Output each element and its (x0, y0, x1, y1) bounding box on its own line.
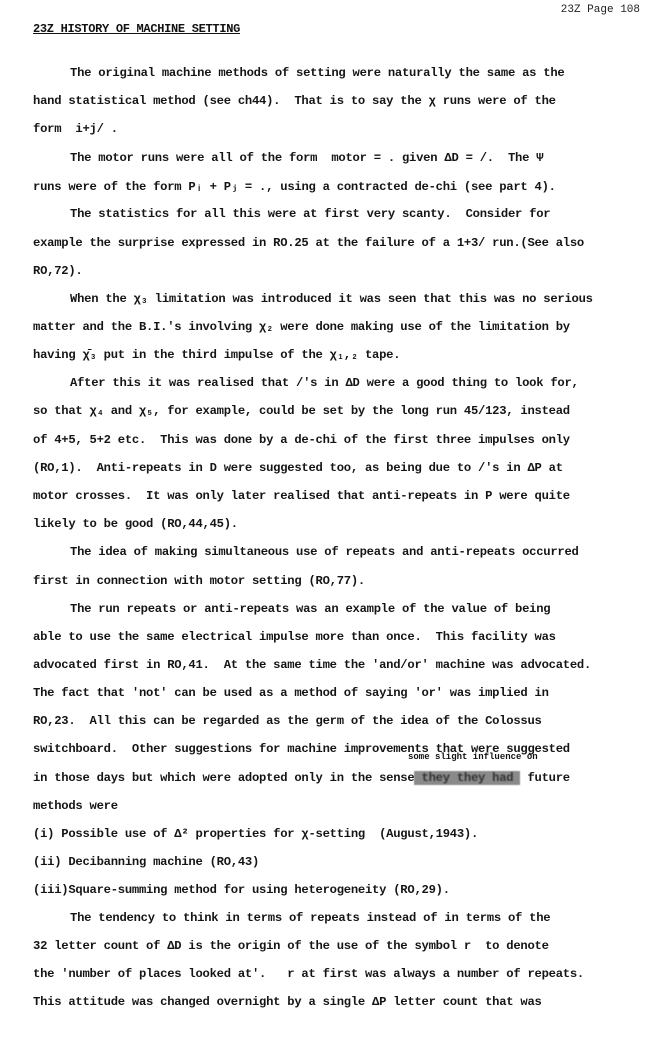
text-line: When the χ₃ limitation was introduced it… (70, 292, 593, 306)
text-line: The fact that 'not' can be used as a met… (33, 686, 549, 700)
text-line: in those days but which were adopted onl… (33, 771, 570, 785)
line-text: The tendency to think in terms of repeat… (70, 911, 550, 925)
line-text: runs were of the form Pᵢ + Pⱼ = ., using… (33, 180, 556, 194)
text-line: so that χ₄ and χ₅, for example, could be… (33, 404, 570, 418)
text-line: (ii) Decibanning machine (RO,43) (33, 855, 259, 869)
text-line: of 4+5, 5+2 etc. This was done by a de-c… (33, 433, 570, 447)
text-line: The statistics for all this were at firs… (70, 207, 550, 221)
text-line: motor crosses. It was only later realise… (33, 489, 570, 503)
line-text: form i+j/ . (33, 122, 118, 136)
text-line: example the surprise expressed in RO.25 … (33, 236, 584, 250)
line-text: RO,23. All this can be regarded as the g… (33, 714, 542, 728)
struck-out-text: they they had (414, 771, 520, 785)
line-text: The motor runs were all of the form moto… (70, 151, 543, 165)
text-line: first in connection with motor setting (… (33, 574, 365, 588)
line-text: When the χ₃ limitation was introduced it… (70, 292, 593, 306)
line-text: of 4+5, 5+2 etc. This was done by a de-c… (33, 433, 570, 447)
line-text: in those days but which were adopted onl… (33, 771, 414, 785)
line-text: (ii) Decibanning machine (RO,43) (33, 855, 259, 869)
text-line: The run repeats or anti-repeats was an e… (70, 602, 550, 616)
line-text-after: future (520, 771, 569, 785)
line-text: motor crosses. It was only later realise… (33, 489, 570, 503)
text-line: methods were (33, 799, 118, 813)
text-line: form i+j/ . (33, 122, 118, 136)
text-line: matter and the B.I.'s involving χ₂ were … (33, 320, 570, 334)
line-text: This attitude was changed overnight by a… (33, 995, 542, 1009)
line-text: able to use the same electrical impulse … (33, 630, 556, 644)
handwritten-insert: some slight influence on (408, 752, 538, 762)
text-line: The idea of making simultaneous use of r… (70, 545, 579, 559)
line-text: methods were (33, 799, 118, 813)
line-text: 32 letter count of ΔD is the origin of t… (33, 939, 549, 953)
line-text: having χ̄₃ put in the third impulse of t… (33, 348, 400, 362)
line-text: The idea of making simultaneous use of r… (70, 545, 579, 559)
line-text: The run repeats or anti-repeats was an e… (70, 602, 550, 616)
text-line: (i) Possible use of Δ² properties for χ-… (33, 827, 478, 841)
text-line: able to use the same electrical impulse … (33, 630, 556, 644)
line-text: After this it was realised that /'s in Δ… (70, 376, 579, 390)
text-line: RO,23. All this can be regarded as the g… (33, 714, 542, 728)
line-text: advocated first in RO,41. At the same ti… (33, 658, 591, 672)
text-line: The motor runs were all of the form moto… (70, 151, 543, 165)
page-number-label: 23Z Page 108 (561, 4, 640, 16)
text-line: After this it was realised that /'s in Δ… (70, 376, 579, 390)
text-line: 32 letter count of ΔD is the origin of t… (33, 939, 549, 953)
line-text: (RO,1). Anti-repeats in D were suggested… (33, 461, 563, 475)
text-line: The tendency to think in terms of repeat… (70, 911, 550, 925)
text-line: runs were of the form Pᵢ + Pⱼ = ., using… (33, 179, 556, 194)
text-line: having χ̄₃ put in the third impulse of t… (33, 348, 400, 362)
text-line: This attitude was changed overnight by a… (33, 995, 542, 1009)
line-text: matter and the B.I.'s involving χ₂ were … (33, 320, 570, 334)
line-text: first in connection with motor setting (… (33, 574, 365, 588)
line-text: example the surprise expressed in RO.25 … (33, 236, 584, 250)
line-text: the 'number of places looked at'. r at f… (33, 967, 584, 981)
text-line: (RO,1). Anti-repeats in D were suggested… (33, 461, 563, 475)
line-text: so that χ₄ and χ₅, for example, could be… (33, 404, 570, 418)
text-line: advocated first in RO,41. At the same ti… (33, 658, 591, 672)
line-text: (iii)Square-summing method for using het… (33, 883, 450, 897)
line-text: RO,72). (33, 264, 82, 278)
text-line: likely to be good (RO,44,45). (33, 517, 238, 531)
line-text: (i) Possible use of Δ² properties for χ-… (33, 827, 478, 841)
line-text: The original machine methods of setting … (70, 66, 564, 80)
section-heading: 23Z HISTORY OF MACHINE SETTING (33, 22, 240, 36)
line-text: The fact that 'not' can be used as a met… (33, 686, 549, 700)
text-line: (iii)Square-summing method for using het… (33, 883, 450, 897)
text-line: the 'number of places looked at'. r at f… (33, 967, 584, 981)
line-text: The statistics for all this were at firs… (70, 207, 550, 221)
text-line: The original machine methods of setting … (70, 66, 564, 80)
text-line: RO,72). (33, 264, 82, 278)
line-text: hand statistical method (see ch44). That… (33, 94, 556, 108)
line-text: likely to be good (RO,44,45). (33, 517, 238, 531)
text-line: hand statistical method (see ch44). That… (33, 94, 556, 108)
